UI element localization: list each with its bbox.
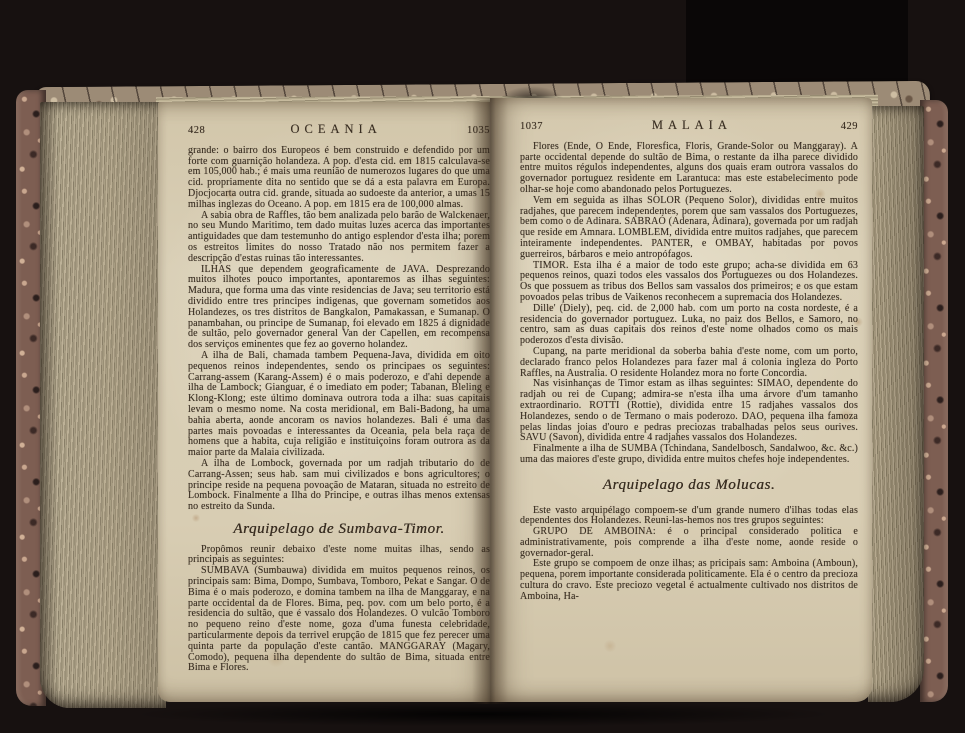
page-right-text: 1037 MALAIA 429 Flores (Ende, O Ende, Fl…: [520, 120, 858, 603]
paragraph: Este vasto arquipélago compoem-se d'um g…: [520, 506, 858, 528]
paragraph: A sabia obra de Raffles, tão bem analiza…: [188, 211, 490, 265]
page-right-header: 1037 MALAIA 429: [520, 120, 858, 133]
page-right: 1037 MALAIA 429 Flores (Ende, O Ende, Fl…: [490, 98, 872, 702]
paragraph: Vem em seguida as ilhas SOLOR (Pequeno S…: [520, 196, 858, 261]
page-left-header: 428 OCEANIA 1035: [188, 124, 490, 137]
running-title-left: OCEANIA: [291, 124, 382, 135]
paragraph: grande: o bairro dos Europeos é bem cons…: [188, 146, 490, 211]
book-cover-edge-right: [920, 100, 948, 702]
paragraph: SUMBAVA (Sumbauwa) dividida em muitos pe…: [188, 566, 490, 674]
paragraph: A ilha de Lombock, governada por um radj…: [188, 459, 490, 513]
page-left-text: 428 OCEANIA 1035 grande: o bairro dos Eu…: [188, 124, 490, 674]
section-heading-sumbava-timor: Arquipelago de Sumbava-Timor.: [188, 524, 490, 535]
column-number-right: 1037: [520, 122, 543, 133]
section-heading-molucas: Arquipelago das Molucas.: [520, 480, 858, 491]
paragraph: TIMOR. Esta ilha é a maior de todo este …: [520, 261, 858, 304]
paragraph: ILHAS que dependem geograficamente de JA…: [188, 265, 490, 351]
book-shadow: [36, 698, 931, 733]
paragraph: Flores (Ende, O Ende, Floresfica, Floris…: [520, 142, 858, 196]
page-left: 428 OCEANIA 1035 grande: o bairro dos Eu…: [158, 102, 490, 702]
column-number-left: 1035: [467, 126, 490, 137]
paragraph: Finalmente a ilha de SUMBA (Tchindana, S…: [520, 444, 858, 466]
paragraph: GRUPO DE AMBOINA: é o principal consider…: [520, 527, 858, 559]
paragraph: Dille' (Diely), peq. cid. de 2,000 hab. …: [520, 304, 858, 347]
open-book: 428 OCEANIA 1035 grande: o bairro dos Eu…: [16, 70, 948, 716]
paragraph: Cupang, na parte meridional da soberba b…: [520, 347, 858, 379]
page-number-left: 428: [188, 126, 205, 137]
paragraph: Este grupo se compoem de onze ilhas; as …: [520, 559, 858, 602]
fore-edge-stack-left: [40, 102, 166, 708]
paragraph: Nas visinhanças de Timor estam as ilhas …: [520, 379, 858, 444]
fore-edge-stack-right: [868, 106, 924, 702]
running-title-right: MALAIA: [652, 120, 732, 131]
book-photo: 428 OCEANIA 1035 grande: o bairro dos Eu…: [0, 0, 965, 733]
paragraph: Propômos reunir debaixo d'este nome muit…: [188, 545, 490, 567]
page-number-right: 429: [841, 122, 858, 133]
paragraph: A ilha de Bali, chamada tambem Pequena-J…: [188, 351, 490, 459]
